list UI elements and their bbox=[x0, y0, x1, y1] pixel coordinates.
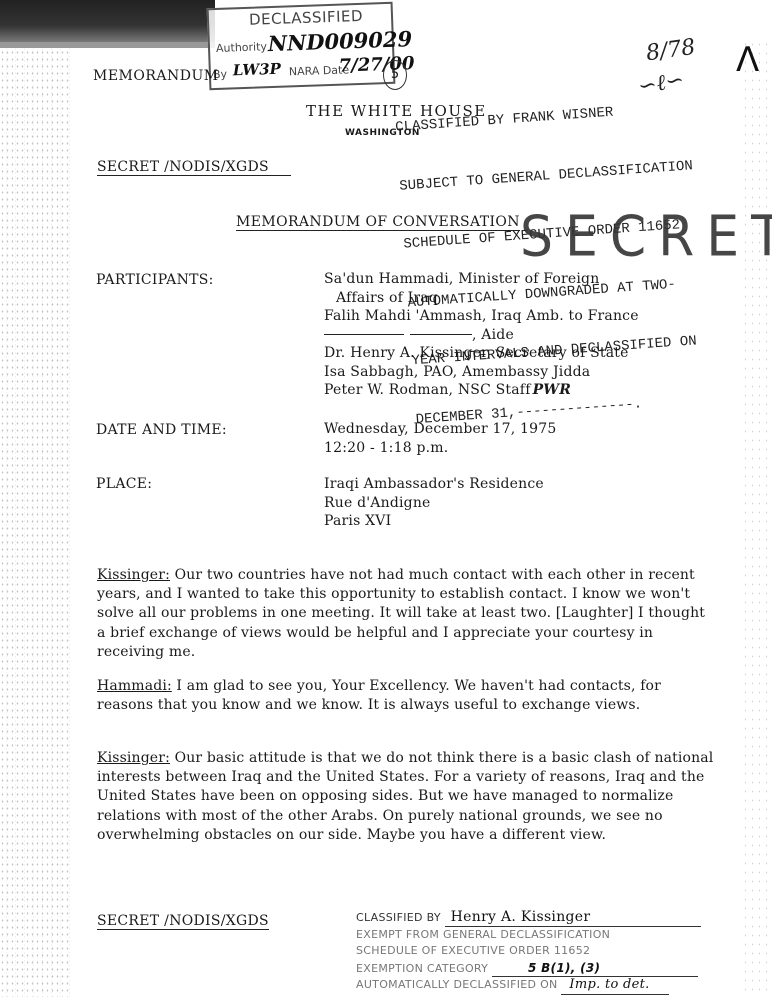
date-time-label: DATE AND TIME: bbox=[96, 422, 227, 438]
participants-list: Sa'dun Hammadi, Minister of Foreign Affa… bbox=[324, 270, 639, 400]
scan-noise-left bbox=[0, 0, 70, 997]
exempt-line: EXEMPT FROM GENERAL DECLASSIFICATION bbox=[356, 927, 701, 944]
participant-text: Peter W. Rodman, NSC Staff bbox=[324, 382, 531, 398]
secret-stamp: SECRET bbox=[520, 205, 772, 270]
conversation-paragraph: Kissinger: Our two countries have not ha… bbox=[97, 566, 717, 662]
by-value: LW3P bbox=[232, 60, 281, 80]
place-value: Iraqi Ambassador's Residence Rue d'Andig… bbox=[324, 475, 544, 531]
classification-block: CLASSIFIED BY Henry A. Kissinger EXEMPT … bbox=[356, 909, 701, 995]
paragraph-text: Our two countries have not had much cont… bbox=[97, 567, 705, 660]
participant: Isa Sabbagh, PAO, Amembassy Jidda bbox=[324, 363, 639, 382]
scan-gray-band bbox=[0, 42, 215, 48]
participant-role: , Aide bbox=[472, 327, 514, 343]
place-line: Rue d'Andigne bbox=[324, 494, 544, 513]
auto-declass-value: Imp. to det. bbox=[561, 977, 669, 995]
speaker-name: Kissinger: bbox=[97, 567, 170, 583]
participant: Affairs of Iraq bbox=[324, 289, 639, 308]
participant: Falih Mahdi 'Ammash, Iraq Amb. to France bbox=[324, 307, 639, 326]
classified-by-value: Henry A. Kissinger bbox=[445, 909, 701, 927]
date-line: Wednesday, December 17, 1975 bbox=[324, 420, 557, 439]
place-line: Paris XVI bbox=[324, 512, 544, 531]
classified-by-line: CLASSIFIED BY Henry A. Kissinger bbox=[356, 909, 701, 927]
participant: Dr. Henry A. Kissinger, Secretary of Sta… bbox=[324, 344, 639, 363]
classification-marking-top: SECRET /NODIS/XGDS bbox=[97, 159, 291, 176]
scan-dark-band bbox=[0, 0, 215, 42]
declassified-stamp: DECLASSIFIED Authority NND009029 By LW3P… bbox=[207, 2, 396, 90]
classification-line: CLASSIFIED BY FRANK WISNER bbox=[395, 96, 726, 138]
handwritten-mark: Λ bbox=[736, 40, 759, 80]
authority-value: NND009029 bbox=[267, 26, 412, 56]
auto-declass-line: AUTOMATICALLY DECLASSIFIED ON Imp. to de… bbox=[356, 977, 701, 995]
handwritten-initials: PWR bbox=[533, 382, 572, 398]
conversation-paragraph: Kissinger: Our basic attitude is that we… bbox=[97, 749, 717, 845]
date-time-value: Wednesday, December 17, 1975 12:20 - 1:1… bbox=[324, 420, 557, 457]
place-line: Iraqi Ambassador's Residence bbox=[324, 475, 544, 494]
classification-marking-bottom: SECRET /NODIS/XGDS bbox=[97, 913, 269, 930]
conversation-paragraph: Hammadi: I am glad to see you, Your Exce… bbox=[97, 677, 717, 715]
participant: Peter W. Rodman, NSC StaffPWR bbox=[324, 381, 639, 400]
category-line: EXEMPTION CATEGORY 5 B(1), (3) bbox=[356, 960, 701, 978]
category-label: EXEMPTION CATEGORY bbox=[356, 962, 488, 975]
paragraph-text: I am glad to see you, Your Excellency. W… bbox=[97, 678, 661, 713]
redaction-line bbox=[324, 334, 404, 335]
auto-declass-label: AUTOMATICALLY DECLASSIFIED ON bbox=[356, 978, 558, 991]
document-title: MEMORANDUM OF CONVERSATION bbox=[236, 214, 520, 231]
authority-label: Authority bbox=[216, 40, 267, 55]
document-page: DECLASSIFIED Authority NND009029 By LW3P… bbox=[0, 0, 772, 997]
scan-noise-right bbox=[742, 40, 772, 997]
participants-label: PARTICIPANTS: bbox=[96, 272, 214, 288]
declassified-text: DECLASSIFIED bbox=[249, 7, 364, 29]
category-value: 5 B(1), (3) bbox=[492, 960, 698, 978]
paragraph-text: Our basic attitude is that we do not thi… bbox=[97, 750, 713, 843]
speaker-name: Kissinger: bbox=[97, 750, 170, 766]
classification-line: SUBJECT TO GENERAL DECLASSIFICATION bbox=[399, 154, 730, 196]
memorandum-heading: MEMORANDUM bbox=[93, 68, 219, 84]
redaction-line bbox=[410, 334, 472, 335]
place-label: PLACE: bbox=[96, 476, 152, 492]
participant: Sa'dun Hammadi, Minister of Foreign bbox=[324, 270, 639, 289]
participant-redacted: , Aide bbox=[324, 326, 639, 345]
speaker-name: Hammadi: bbox=[97, 678, 172, 694]
time-line: 12:20 - 1:18 p.m. bbox=[324, 439, 557, 458]
schedule-line: SCHEDULE OF EXECUTIVE ORDER 11652 bbox=[356, 943, 701, 960]
classified-by-label: CLASSIFIED BY bbox=[356, 911, 441, 924]
